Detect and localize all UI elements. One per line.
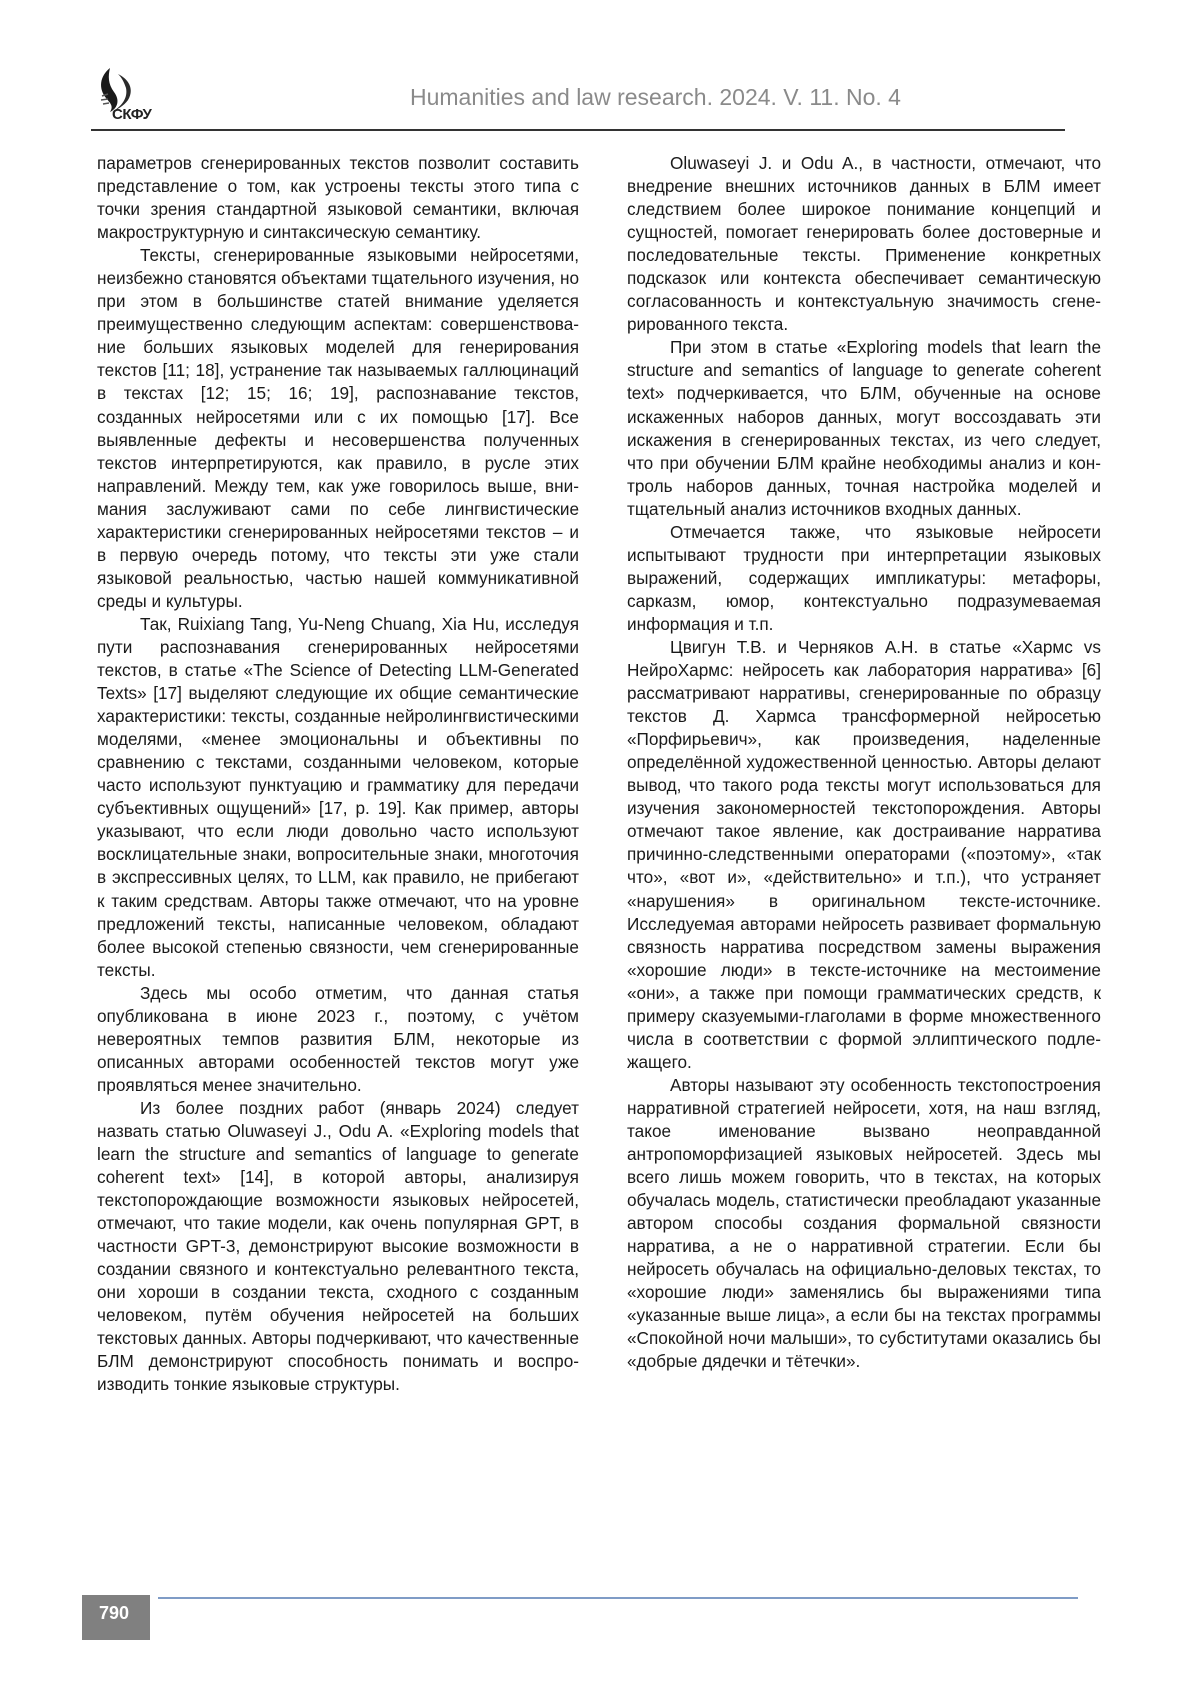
page-header: СКФУ Humanities and law research. 2024. …	[90, 66, 1090, 132]
paragraph: Отмечается также, что языковые нейросети…	[627, 521, 1101, 636]
paragraph: Тексты, сгенерированные языковыми нейрос…	[97, 244, 579, 613]
paragraph: Авторы называют эту особенность текстопо…	[627, 1074, 1101, 1374]
paragraph: Из более поздних работ (январь 2024) сле…	[97, 1097, 579, 1397]
journal-title: Humanities and law research. 2024. V. 11…	[410, 84, 901, 111]
paragraph: параметров сгенерированных текстов позво…	[97, 152, 579, 244]
university-logo: СКФУ	[96, 66, 176, 126]
footer-divider	[158, 1597, 1078, 1599]
left-column: параметров сгенерированных текстов позво…	[97, 152, 579, 1397]
page-number-badge: 790	[82, 1595, 150, 1640]
paragraph: При этом в статье «Exploring models that…	[627, 336, 1101, 520]
header-divider	[91, 129, 1065, 131]
paragraph: Так, Ruixiang Tang, Yu-Neng Chuang, Xia …	[97, 613, 579, 982]
paragraph: Цвигун Т.В. и Черняков А.Н. в статье «Ха…	[627, 636, 1101, 1074]
paragraph: Здесь мы особо отметим, что данная стать…	[97, 982, 579, 1097]
right-column: Oluwaseyi J. и Odu A., в частности, отме…	[627, 152, 1101, 1373]
page-number: 790	[99, 1603, 129, 1624]
paragraph: Oluwaseyi J. и Odu A., в частности, отме…	[627, 152, 1101, 336]
logo-text: СКФУ	[112, 106, 151, 123]
